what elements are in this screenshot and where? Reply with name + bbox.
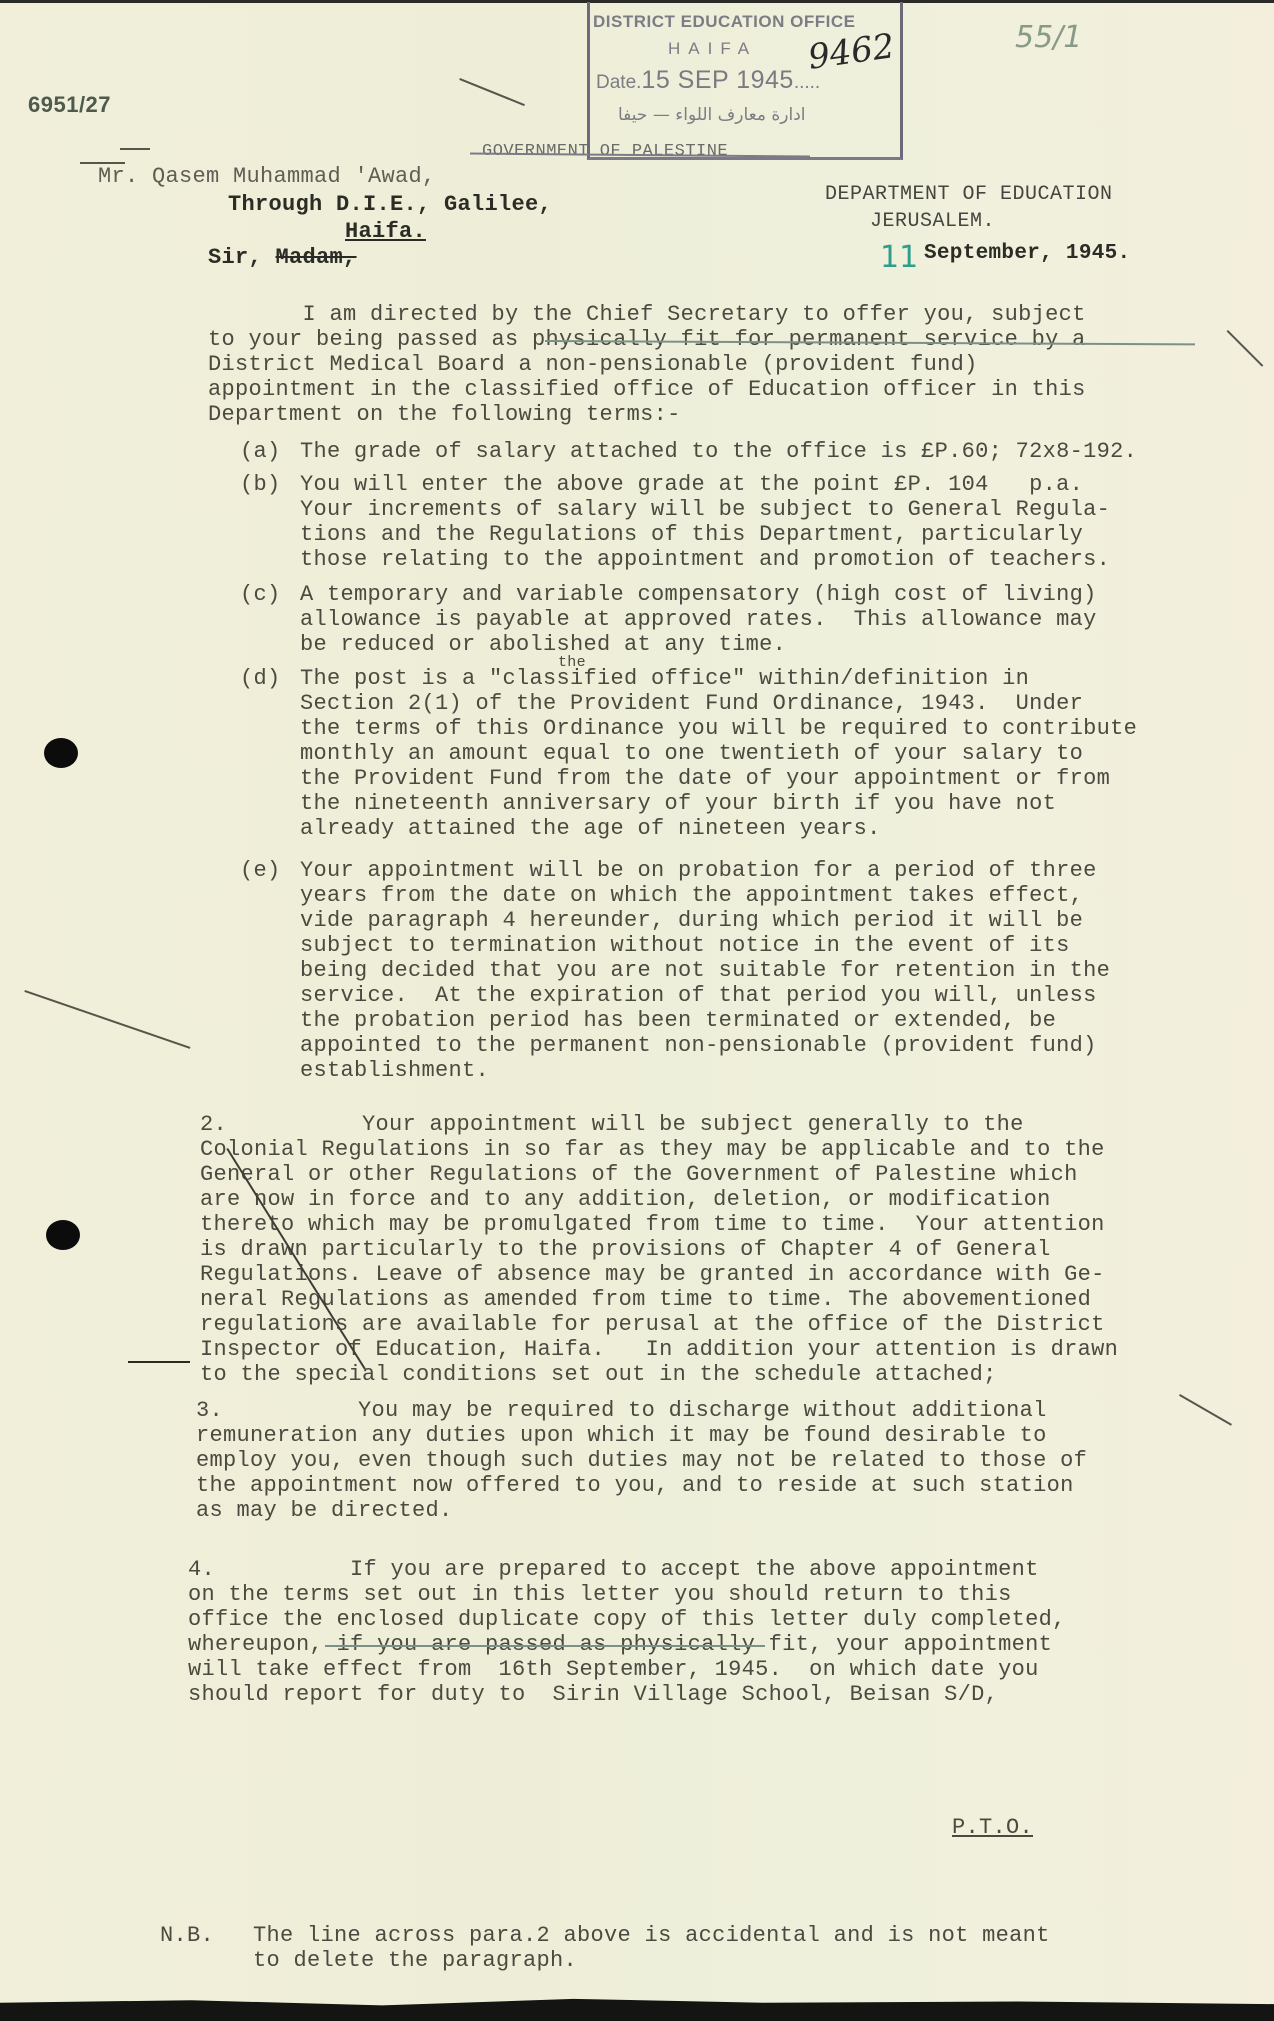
term-e-line-5: being decided that you are not suitable … xyxy=(300,958,1110,984)
nb-line-1: The line across para.2 above is accident… xyxy=(253,1923,1050,1949)
stamp-date: Date.15 SEP 1945..... xyxy=(596,66,820,95)
para3-line-4: the appointment now offered to you, and … xyxy=(196,1473,1074,1499)
para4-line-5: will take effect from 16th September, 19… xyxy=(188,1657,1039,1683)
salutation: Sir, Madam, xyxy=(208,245,357,270)
para2-line-1: 2. Your appointment will be subject gene… xyxy=(200,1112,1024,1138)
para2-line-6: is drawn particularly to the provisions … xyxy=(200,1237,1051,1263)
handwritten-registry-number: 9462 xyxy=(806,26,897,78)
strike-physically-fit-para4 xyxy=(325,1645,765,1647)
term-d-label: (d) xyxy=(240,666,281,692)
term-d-line-1: The post is a "classified office" within… xyxy=(300,666,1029,692)
received-stamp: DISTRICT EDUCATION OFFICE HAIFA Date.15 … xyxy=(587,2,903,160)
term-b-line-1: You will enter the above grade at the po… xyxy=(300,472,1083,498)
para3-line-5: as may be directed. xyxy=(196,1498,453,1524)
letter-date: September, 1945. xyxy=(924,241,1130,267)
stamp-date-value: 15 SEP 1945 xyxy=(641,66,793,94)
para2-text: Your appointment will be subject general… xyxy=(227,1112,1024,1137)
term-e-line-1: Your appointment will be on probation fo… xyxy=(300,858,1097,884)
term-c-label: (c) xyxy=(240,582,281,608)
stray-mark xyxy=(459,78,525,106)
salutation-struck: Madam, xyxy=(276,245,357,270)
para2-line-5: thereto which may be promulgated from ti… xyxy=(200,1212,1105,1238)
margin-dash xyxy=(128,1361,190,1363)
para2-line-8: neral Regulations as amended from time t… xyxy=(200,1287,1091,1313)
term-e-label: (e) xyxy=(240,858,281,884)
addressee-name: Mr. Qasem Muhammad 'Awad, xyxy=(98,164,436,189)
margin-mark xyxy=(1227,330,1264,367)
pencil-folio-note: 55/1 xyxy=(1015,20,1082,55)
para2-number: 2. xyxy=(200,1112,227,1137)
term-d-line-3: the terms of this Ordinance you will be … xyxy=(300,716,1137,742)
term-d-line-4: monthly an amount equal to one twentieth… xyxy=(300,741,1083,767)
para2-line-4: are now in force and to any addition, de… xyxy=(200,1187,1051,1213)
intro-line-5: Department on the following terms:- xyxy=(208,402,681,428)
para2-line-3: General or other Regulations of the Gove… xyxy=(200,1162,1078,1188)
addressee-through: Through D.I.E., Galilee, xyxy=(228,192,552,217)
term-e-line-9: establishment. xyxy=(300,1058,489,1084)
intro-line-3: District Medical Board a non-pensionable… xyxy=(208,352,978,378)
term-b-label: (b) xyxy=(240,472,281,498)
scanned-letter-page: 6951/27 DISTRICT EDUCATION OFFICE HAIFA … xyxy=(0,0,1274,2021)
term-d-line-7: already attained the age of nineteen yea… xyxy=(300,816,881,842)
stamp-city: HAIFA xyxy=(668,39,757,59)
department-city: JERUSALEM. xyxy=(870,210,995,233)
para2-line-11: to the special conditions set out in the… xyxy=(200,1362,997,1388)
file-reference: 6951/27 xyxy=(28,92,111,118)
nb-line-2: to delete the paragraph. xyxy=(253,1948,577,1974)
term-e-line-2: years from the date on which the appoint… xyxy=(300,883,1083,909)
term-c-line-3: be reduced or abolished at any time. xyxy=(300,632,786,658)
stray-dash xyxy=(120,148,150,150)
para4-line-1: 4. If you are prepared to accept the abo… xyxy=(188,1557,1039,1583)
scan-bottom-edge xyxy=(0,1995,1274,2021)
term-e-line-3: vide paragraph 4 hereunder, during which… xyxy=(300,908,1083,934)
intro-line-4: appointment in the classified office of … xyxy=(208,377,1086,403)
intro-line-1: I am directed by the Chief Secretary to … xyxy=(208,302,1086,328)
para4-line-2: on the terms set out in this letter you … xyxy=(188,1582,1012,1608)
para3-text: You may be required to discharge without… xyxy=(223,1398,1047,1423)
nb-label: N.B. xyxy=(160,1923,214,1949)
para4-line-6: should report for duty to Sirin Village … xyxy=(188,1682,998,1708)
term-c-line-1: A temporary and variable compensatory (h… xyxy=(300,582,1097,608)
para2-line-7: Regulations. Leave of absence may be gra… xyxy=(200,1262,1105,1288)
term-c-line-2: allowance is payable at approved rates. … xyxy=(300,607,1097,633)
margin-mark xyxy=(1179,1394,1232,1426)
stamp-date-label: Date. xyxy=(596,72,641,93)
para4-number: 4. xyxy=(188,1557,215,1582)
salutation-text: Sir, xyxy=(208,245,262,270)
handwritten-day: 11 xyxy=(880,240,918,275)
punch-hole-top xyxy=(44,738,78,768)
term-a-line-1: The grade of salary attached to the offi… xyxy=(300,439,1137,465)
addressee-city: Haifa. xyxy=(345,219,426,244)
please-turn-over: P.T.O. xyxy=(952,1815,1033,1841)
term-e-line-8: appointed to the permanent non-pensionab… xyxy=(300,1033,1097,1059)
punch-hole-bottom xyxy=(46,1220,80,1250)
term-e-line-7: the probation period has been terminated… xyxy=(300,1008,1056,1034)
para3-number: 3. xyxy=(196,1398,223,1423)
para2-line-2: Colonial Regulations in so far as they m… xyxy=(200,1137,1105,1163)
term-e-line-4: subject to termination without notice in… xyxy=(300,933,1070,959)
letterhead-government: GOVERNMENT OF PALESTINE xyxy=(482,142,728,161)
stamp-office: DISTRICT EDUCATION OFFICE xyxy=(593,12,855,32)
term-d-line-5: the Provident Fund from the date of your… xyxy=(300,766,1110,792)
term-d-line-6: the nineteenth anniversary of your birth… xyxy=(300,791,1056,817)
term-b-line-2: Your increments of salary will be subjec… xyxy=(300,497,1110,523)
para2-line-10: Inspector of Education, Haifa. In additi… xyxy=(200,1337,1118,1363)
term-e-line-6: service. At the expiration of that perio… xyxy=(300,983,1097,1009)
para4-line-3: office the enclosed duplicate copy of th… xyxy=(188,1607,1066,1633)
para3-line-3: employ you, even though such duties may … xyxy=(196,1448,1087,1474)
term-d-line-2: Section 2(1) of the Provident Fund Ordin… xyxy=(300,691,1083,717)
para4-text: If you are prepared to accept the above … xyxy=(215,1557,1039,1582)
term-b-line-4: those relating to the appointment and pr… xyxy=(300,547,1110,573)
term-a-label: (a) xyxy=(240,439,281,465)
department-name: DEPARTMENT OF EDUCATION xyxy=(825,183,1113,206)
para3-line-1: 3. You may be required to discharge with… xyxy=(196,1398,1047,1424)
stamp-arabic-line: ادارة معارف اللواء — حيفا xyxy=(618,105,806,125)
margin-stroke xyxy=(24,990,190,1049)
para3-line-2: remuneration any duties upon which it ma… xyxy=(196,1423,1047,1449)
term-b-line-3: tions and the Regulations of this Depart… xyxy=(300,522,1083,548)
